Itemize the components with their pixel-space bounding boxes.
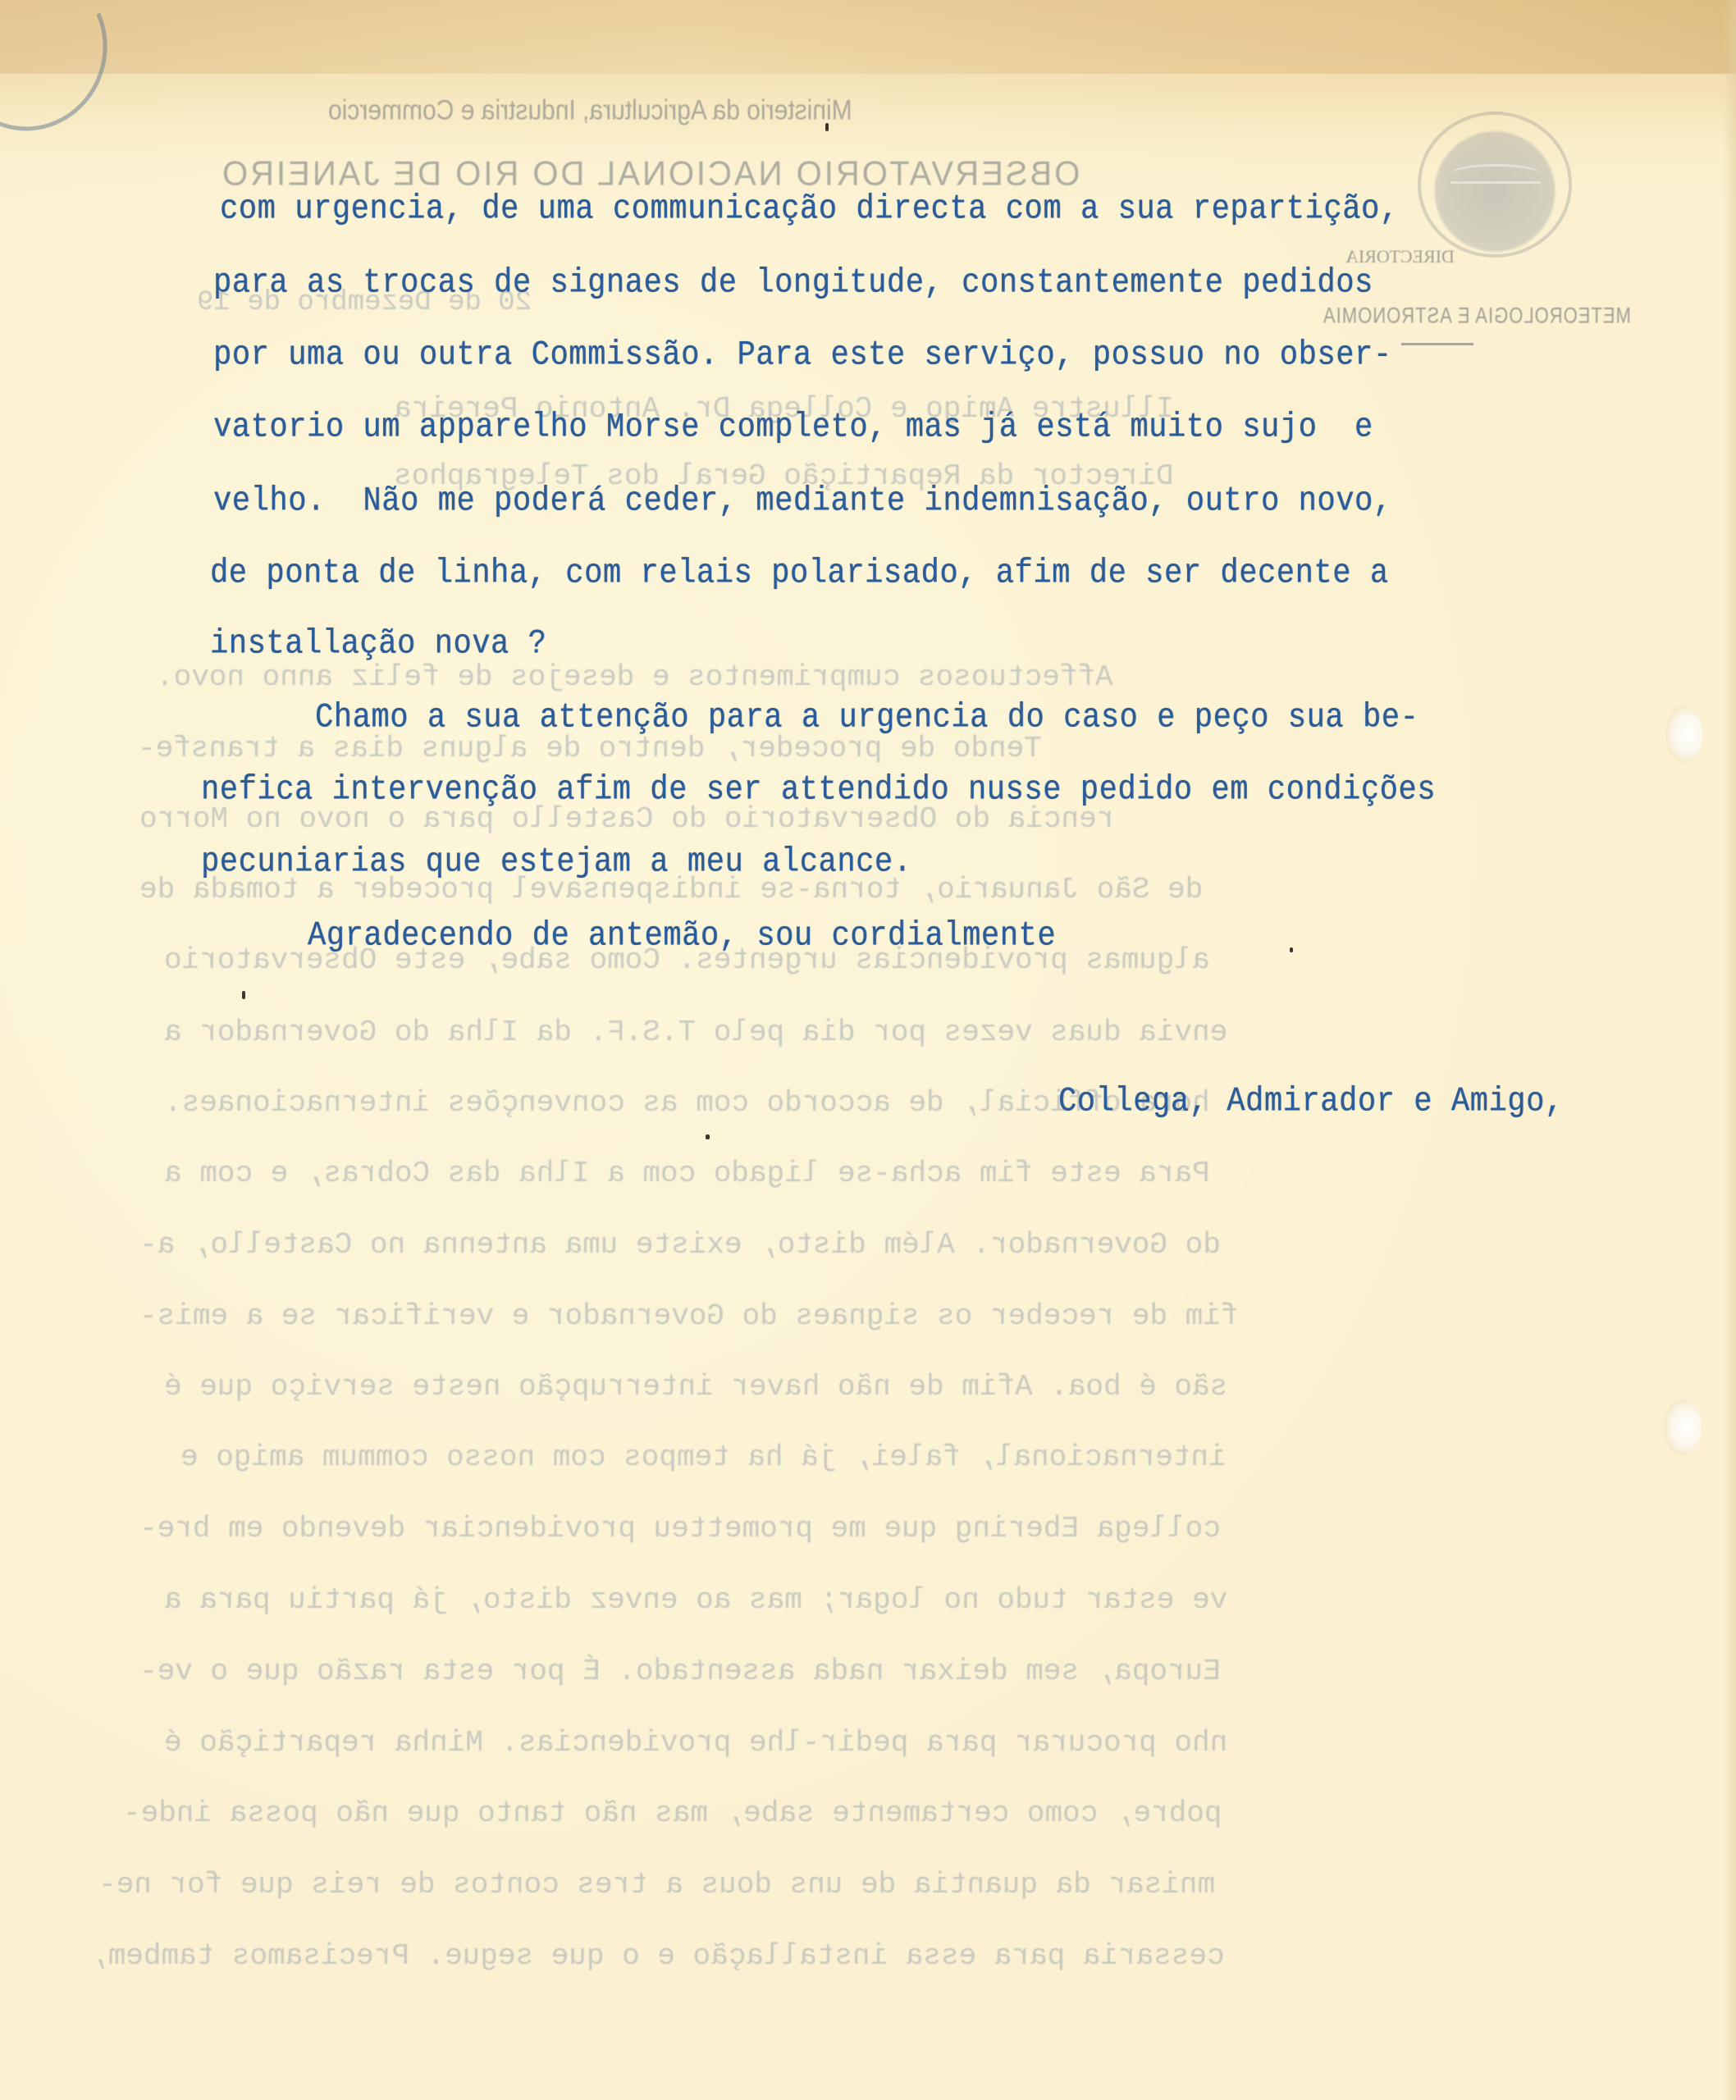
reverse-bleed-line: são é boa. Afim de não haver interrupção… [164, 1370, 1227, 1404]
paper-hole [1665, 705, 1703, 763]
reverse-bleed-line: Europa, sem deixar nada assentado. É por… [139, 1655, 1221, 1688]
reverse-bleed-line: pobre, como certamente sabe, mas não tan… [123, 1796, 1222, 1830]
letter-line: de ponta de linha, com relais polarisado… [210, 555, 1389, 593]
top-edge-stain [0, 0, 1736, 74]
letter-line: para as trocas de signaes de longitude, … [213, 264, 1373, 303]
reverse-bleed-line: cessaria para essa installação e o que s… [90, 1939, 1225, 1973]
letter-line: por uma ou outra Commissão. Para este se… [213, 336, 1392, 375]
reverse-bleed-line: mnisar da quantia de uns dous a tres con… [98, 1868, 1215, 1901]
ink-speck [706, 1134, 710, 1139]
reverse-bleed-line: envia duas vezes por dia pelo T.S.F. da … [164, 1016, 1227, 1049]
letterhead-ministry-bleed: Ministerio da Agricultura, Industria e C… [328, 94, 852, 126]
ink-speck [825, 123, 829, 131]
reverse-bleed-line: internacional, falei, já ha tempos com n… [180, 1440, 1227, 1474]
letter-line: velho. Não me poderá ceder, mediante ind… [213, 482, 1392, 521]
seal-stamp-icon [1418, 112, 1572, 258]
ink-speck [242, 991, 245, 999]
reverse-bleed-line: fim de receber os signaes do Governador … [139, 1299, 1238, 1333]
letter-line: nefica intervenção afim de ser attendido… [201, 771, 1436, 810]
ink-speck [1290, 947, 1293, 952]
section-bleed: METEOROLOGIA E ASTRONOMIA [1323, 303, 1631, 328]
letter-line: pecuniarias que estejam a meu alcance. [201, 843, 912, 882]
reverse-bleed-line: hora official, de accordo com as convenç… [164, 1086, 1210, 1120]
reverse-bleed-line: Affectuosos cumprimentos e desejos de fe… [156, 660, 1113, 694]
reverse-bleed-line: collega Ebering que me prometteu provide… [139, 1512, 1221, 1545]
letter-line: com urgencia, de uma communicação direct… [220, 190, 1399, 229]
letterhead-institution-bleed: OBSERVATORIO NACIONAL DO RIO DE JANEIRO [220, 155, 1080, 194]
reverse-bleed-line: do Governador. Além disto, existe uma an… [139, 1228, 1221, 1262]
right-edge-shadow [1723, 0, 1736, 2100]
reverse-bleed-line: nho procurar para pedir-lhe providencias… [164, 1726, 1227, 1760]
letter-paragraph-start: Chamo a sua attenção para a urgencia do … [315, 699, 1418, 737]
seal-band [1450, 164, 1541, 184]
letter-closing: Collega, Admirador e Amigo, [1058, 1083, 1564, 1121]
reverse-bleed-line: Para este fim acha-se ligado com a Ilha … [164, 1157, 1210, 1190]
letter-line: installação nova ? [210, 625, 546, 664]
paper-hole [1664, 1399, 1702, 1456]
letterhead-rule [1401, 343, 1473, 345]
letter-paragraph-start: Agradecendo de antemão, sou cordialmente [308, 917, 1056, 956]
reverse-bleed-line: ve estar tudo no logar; mas ao envez dis… [164, 1583, 1227, 1617]
letter-line: vatorio um apparelho Morse completo, mas… [213, 409, 1373, 447]
